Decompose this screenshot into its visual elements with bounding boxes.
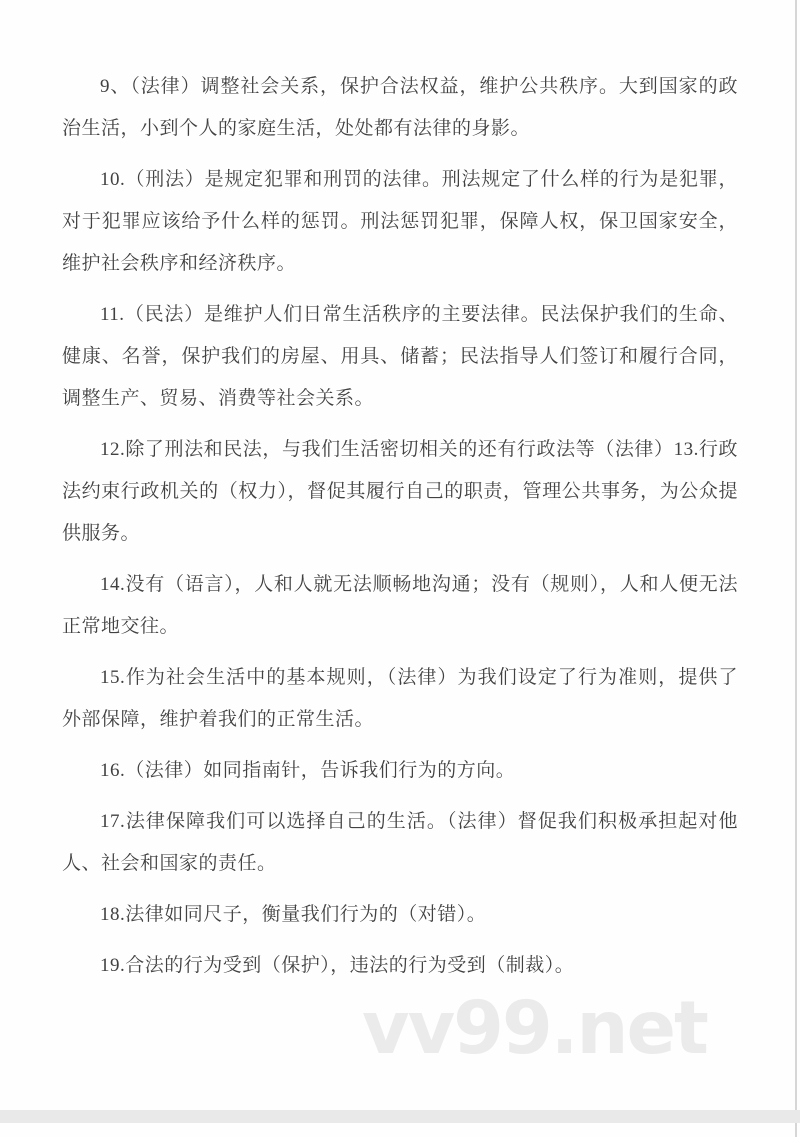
paragraph: 9、（法律）调整社会关系，保护合法权益，维护公共秩序。大到国家的政治生活，小到个… (62, 66, 738, 150)
paragraph: 16.（法律）如同指南针，告诉我们行为的方向。 (62, 750, 738, 792)
paragraph: 10.（刑法）是规定犯罪和刑罚的法律。刑法规定了什么样的行为是犯罪，对于犯罪应该… (62, 159, 738, 285)
paragraph: 14.没有（语言），人和人就无法顺畅地沟通；没有（规则），人和人便无法正常地交往… (62, 564, 738, 648)
watermark-text: vv99.net (362, 986, 707, 1071)
paragraph: 15.作为社会生活中的基本规则，（法律）为我们设定了行为准则，提供了外部保障，维… (62, 657, 738, 741)
paragraph-list: 9、（法律）调整社会关系，保护合法权益，维护公共秩序。大到国家的政治生活，小到个… (0, 0, 800, 987)
paragraph: 18.法律如同尺子，衡量我们行为的（对错）。 (62, 894, 738, 936)
page-edge-line (795, 0, 797, 1137)
paragraph: 12.除了刑法和民法，与我们生活密切相关的还有行政法等（法律）13.行政法约束行… (62, 429, 738, 555)
paragraph: 11.（民法）是维护人们日常生活秩序的主要法律。民法保护我们的生命、健康、名誉，… (62, 294, 738, 420)
paragraph: 17.法律保障我们可以选择自己的生活。（法律）督促我们积极承担起对他人、社会和国… (62, 801, 738, 885)
paragraph: 19.合法的行为受到（保护），违法的行为受到（制裁）。 (62, 945, 738, 987)
page-separator (0, 1110, 800, 1123)
next-page-top (0, 1123, 800, 1137)
document-page: 9、（法律）调整社会关系，保护合法权益，维护公共秩序。大到国家的政治生活，小到个… (0, 0, 800, 1110)
